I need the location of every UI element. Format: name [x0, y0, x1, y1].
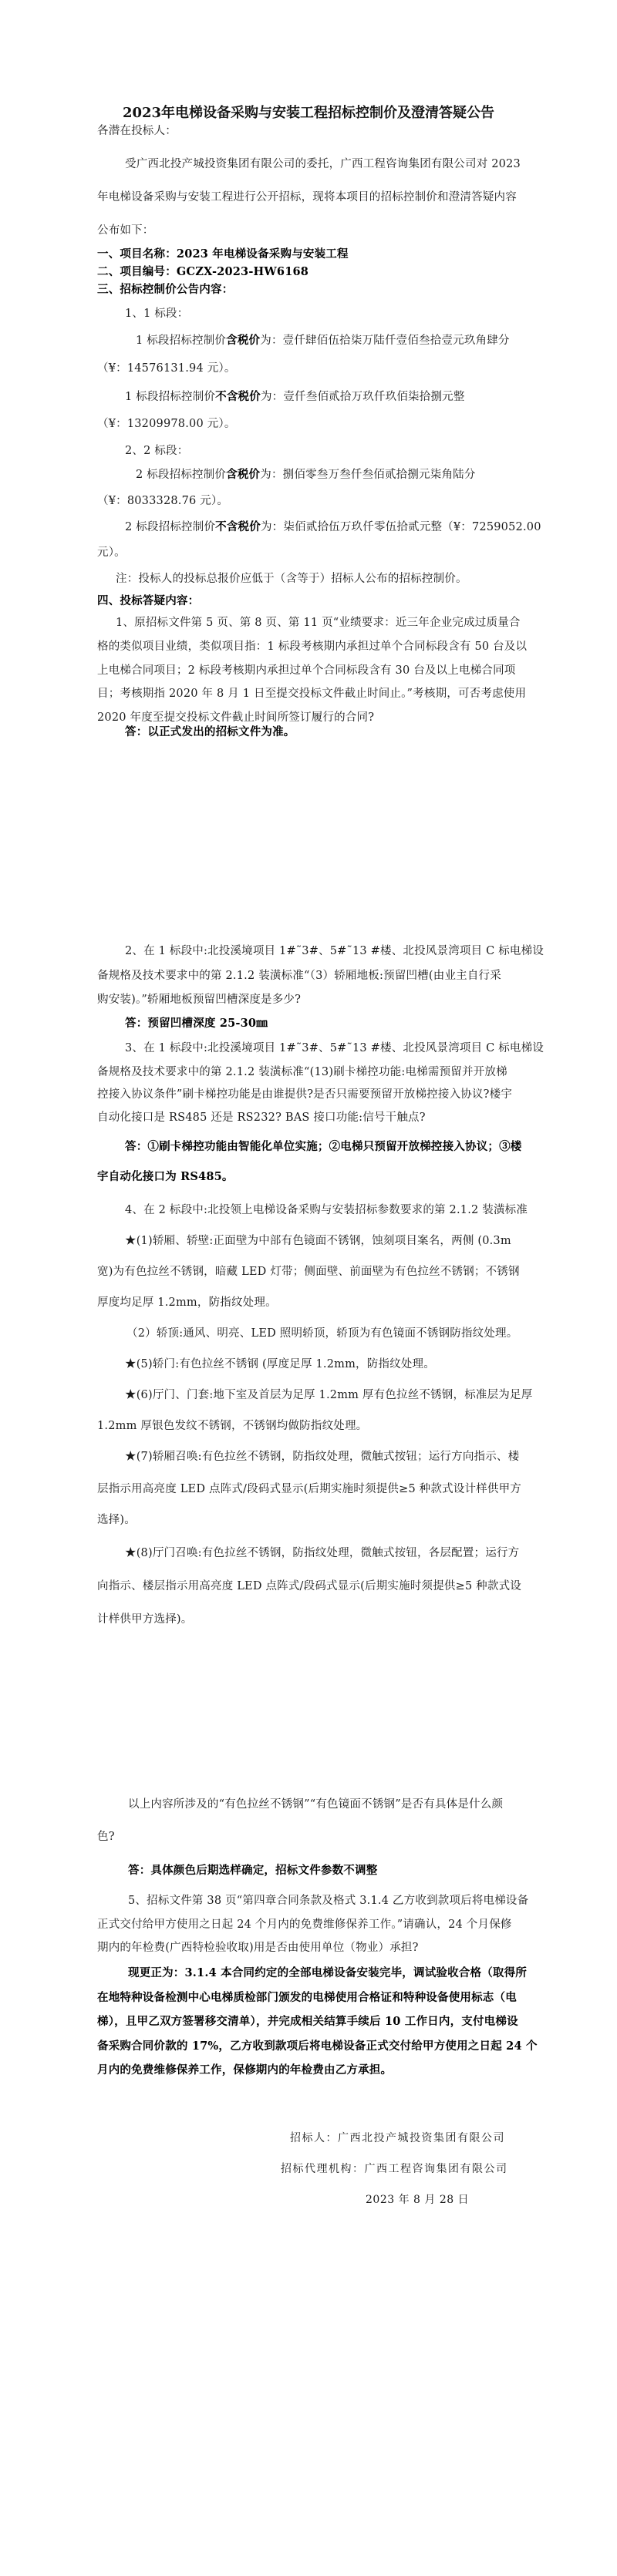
lot1-tax-exclusive: 1 标段招标控制价不含税价为：壹仟叁佰贰拾万玖仟玖佰柒拾捌元整	[125, 389, 537, 405]
lot1-incl-text: 为：壹仟肆佰伍拾柒万陆仟壹佰叁拾壹元玖角肆分	[260, 335, 509, 347]
announcement-document: 2023年电梯设备采购与安装工程招标控制价及澄清答疑公告 各潜在投标人： 受广西…	[0, 0, 617, 2576]
q4-line-1: 4、在 2 标段中:北投领上电梯设备采购与安装招标参数要求的第 2.1.2 装潢…	[125, 1202, 537, 1218]
spec-7-line-1: ★(7)轿厢召唤:有色拉丝不锈钢，防指纹处理，微触式按钮；运行方向指示、楼	[125, 1449, 537, 1465]
lot1-tax-inclusive: 1 标段招标控制价含税价为：壹仟肆佰伍拾柒万陆仟壹佰叁拾壹元玖角肆分	[136, 333, 575, 348]
lot2-excl-text: 为：柒佰贰拾伍万玖仟零伍拾贰元整（¥：7259052.00	[261, 521, 541, 533]
q3-line-2: 备规格及技术要求中的第 2.1.2 装潢标准“(13)刷卡梯控功能:电梯需预留并…	[97, 1064, 537, 1080]
lot2-incl-prefix: 2 标段招标控制价	[136, 469, 226, 481]
agent-signature: 招标代理机构：广西工程咨询集团有限公司	[281, 2161, 508, 2177]
q3-answer-line-2: 宇自动化接口为 RS485。	[97, 1169, 537, 1185]
q5-line-1: 5、招标文件第 38 页“第四章合同条款及格式 3.1.4 乙方收到款项后将电梯…	[128, 1893, 540, 1908]
section-project-number: 二、项目编号：GCZX-2023-HW6168	[97, 264, 537, 280]
lot2-excl-prefix: 2 标段招标控制价	[125, 521, 215, 533]
spec-6-line-2: 1.2mm 厚银色发纹不锈钢，不锈钢均做防指纹处理。	[97, 1418, 537, 1434]
q2-line-1: 2、在 1 标段中:北投溪境项目 1#˜3#、5#˜13 #楼、北投风景湾项目 …	[125, 943, 537, 959]
lot2-excl-label: 不含税价	[215, 520, 261, 533]
lot2-tax-inclusive: 2 标段招标控制价含税价为：捌佰零叁万叁仟叁佰贰拾捌元柒角陆分	[136, 467, 575, 483]
q2-line-2: 备规格及技术要求中的第 2.1.2 装潢标准“（3）轿厢地板:预留凹槽(由业主自…	[97, 968, 537, 984]
spec-7-line-2: 层指示用高亮度 LED 点阵式/段码式显示(后期实施时须提供≥5 种款式设计样供…	[97, 1481, 537, 1497]
q2-line-3: 购安装)。”轿厢地板预留凹槽深度是多少?	[97, 992, 537, 1007]
lot1-excl-text: 为：壹仟叁佰贰拾万玖仟玖佰柒拾捌元整	[261, 391, 465, 403]
q5-answer-line-1: 现更正为：3.1.4 本合同约定的全部电梯设备安装完毕，调试验收合格（取得所	[128, 1966, 540, 1981]
q3-answer-line-1: 答：①刷卡梯控功能由智能化单位实施；②电梯只预留开放梯控接入协议；③楼	[125, 1139, 537, 1155]
q1-line-4: 目；考核期指 2020 年 8 月 1 日至提交投标文件截止时间止。”考核期，可…	[97, 686, 537, 701]
lot1-incl-label: 含税价	[226, 334, 260, 347]
q4-answer: 答：具体颜色后期选样确定，招标文件参数不调整	[128, 1863, 540, 1878]
lot1-excl-prefix: 1 标段招标控制价	[125, 391, 215, 403]
lot2-heading: 2、2 标段：	[125, 443, 537, 459]
lot2-incl-text: 为：捌佰零叁万叁仟叁佰贰拾捌元柒角陆分	[260, 469, 475, 481]
spec-8-line-3: 计样供甲方选择)。	[97, 1612, 537, 1627]
announcement-date: 2023 年 8 月 28 日	[366, 2192, 469, 2208]
q5-answer-line-4: 备采购合同价款的 17%，乙方收到款项后将电梯设备正式交付给甲方使用之日起 24…	[97, 2039, 537, 2054]
q5-line-3: 期内的年检费(广西特检验收取)用是否由使用单位（物业）承担?	[97, 1940, 537, 1956]
q3-line-1: 3、在 1 标段中:北投溪境项目 1#˜3#、5#˜13 #楼、北投风景湾项目 …	[125, 1041, 537, 1056]
q3-line-3: 控接入协议条件”刷卡梯控功能是由谁提供?是否只需要预留开放梯控接入协议?楼宇	[97, 1087, 537, 1102]
lot1-heading: 1、1 标段：	[125, 306, 537, 321]
q2-answer: 答：预留凹槽深度 25-30㎜	[125, 1016, 537, 1031]
q5-answer-line-3: 梯），且甲乙双方签署移交清单），并完成相关结算手续后 10 工作日内，支付电梯设	[97, 2014, 537, 2030]
intro-line-2: 年电梯设备采购与安装工程进行公开招标，现将本项目的招标控制价和澄清答疑内容	[97, 190, 537, 205]
intro-line-1: 受广西北投产城投资集团有限公司的委托，广西工程咨询集团有限公司对 2023	[125, 156, 537, 172]
q4-followup-line-1: 以上内容所涉及的“有色拉丝不锈钢”“有色镜面不锈钢”是否有具体是什么颜	[128, 1797, 540, 1812]
lot1-tax-exclusive-amount: （¥：13209978.00 元）。	[97, 416, 537, 432]
q4-followup-line-2: 色?	[97, 1829, 537, 1845]
spec-2-line-1: （2）轿顶:通风、明亮、LED 照明轿顶，轿顶为有色镜面不锈钢防指纹处理。	[126, 1326, 538, 1341]
lot2-incl-label: 含税价	[226, 468, 260, 481]
spec-7-line-3: 选择)。	[97, 1512, 537, 1528]
q1-line-2: 格的类似项目业绩，类似项目指：1 标段考核期内承担过单个合同标段含有 50 台及…	[97, 639, 537, 654]
spec-5-line-1: ★(5)轿门:有色拉丝不锈钢 (厚度足厚 1.2mm，防指纹处理。	[125, 1357, 537, 1372]
salutation: 各潜在投标人：	[97, 123, 537, 139]
q3-line-4: 自动化接口是 RS485 还是 RS232? BAS 接口功能:信号干触点?	[97, 1110, 537, 1125]
spec-8-line-2: 向指示、楼层指示用高亮度 LED 点阵式/段码式显示(后期实施时须提供≥5 种款…	[97, 1579, 537, 1594]
lot2-tax-exclusive-amount: 元）。	[97, 545, 537, 560]
tenderer-signature: 招标人：广西北投产城投资集团有限公司	[290, 2130, 505, 2146]
lot1-incl-prefix: 1 标段招标控制价	[136, 335, 226, 347]
lot1-excl-label: 不含税价	[215, 390, 261, 403]
q5-answer-line-5: 月内的免费维修保养工作，保修期内的年检费由乙方承担。	[97, 2063, 537, 2078]
q5-answer-line-2: 在地特种设备检测中心电梯质检部门颁发的电梯使用合格证和特种设备使用标志（电	[97, 1990, 537, 2006]
document-title: 2023年电梯设备采购与安装工程招标控制价及澄清答疑公告	[0, 104, 617, 123]
lot2-tax-exclusive: 2 标段招标控制价不含税价为：柒佰贰拾伍万玖仟零伍拾贰元整（¥：7259052.…	[125, 520, 537, 535]
spec-1-line-3: 厚度均足厚 1.2mm，防指纹处理。	[97, 1295, 537, 1310]
price-note: 注：投标人的投标总报价应低于（含等于）招标人公布的招标控制价。	[116, 571, 528, 587]
q1-line-1: 1、原招标文件第 5 页、第 8 页、第 11 页“业绩要求：近三年企业完成过质…	[116, 615, 528, 631]
spec-6-line-1: ★(6)厅门、门套:地下室及首层为足厚 1.2mm 厚有色拉丝不锈钢，标准层为足…	[125, 1387, 537, 1403]
q1-line-3: 上电梯合同项目；2 标段考核期内承担过单个合同标段含有 30 台及以上电梯合同项	[97, 663, 537, 678]
section-price-heading: 三、招标控制价公告内容：	[97, 282, 537, 298]
spec-1-line-1: ★(1)轿厢、轿壁:正面壁为中部有色镜面不锈钢，蚀刻项目案名，两侧 (0.3m	[125, 1233, 537, 1249]
lot2-tax-inclusive-amount: （¥：8033328.76 元）。	[97, 493, 537, 509]
spec-1-line-2: 宽)为有色拉丝不锈钢，暗藏 LED 灯带；侧面壁、前面壁为有色拉丝不锈钢；不锈钢	[97, 1264, 537, 1280]
lot1-tax-inclusive-amount: （¥：14576131.94 元）。	[97, 361, 537, 376]
q1-answer: 答：以正式发出的招标文件为准。	[125, 725, 537, 740]
q5-line-2: 正式交付给甲方使用之日起 24 个月内的免费维修保养工作。”请确认，24 个月保…	[97, 1917, 537, 1932]
section-project-name: 一、项目名称：2023 年电梯设备采购与安装工程	[97, 247, 537, 262]
spec-8-line-1: ★(8)厅门召唤:有色拉丝不锈钢，防指纹处理，微触式按钮，各层配置；运行方	[125, 1545, 537, 1561]
q1-line-5: 2020 年度至提交投标文件截止时间所签订履行的合同?	[97, 710, 537, 725]
section-qa-heading: 四、投标答疑内容：	[97, 594, 537, 609]
intro-line-3: 公布如下：	[97, 223, 537, 238]
